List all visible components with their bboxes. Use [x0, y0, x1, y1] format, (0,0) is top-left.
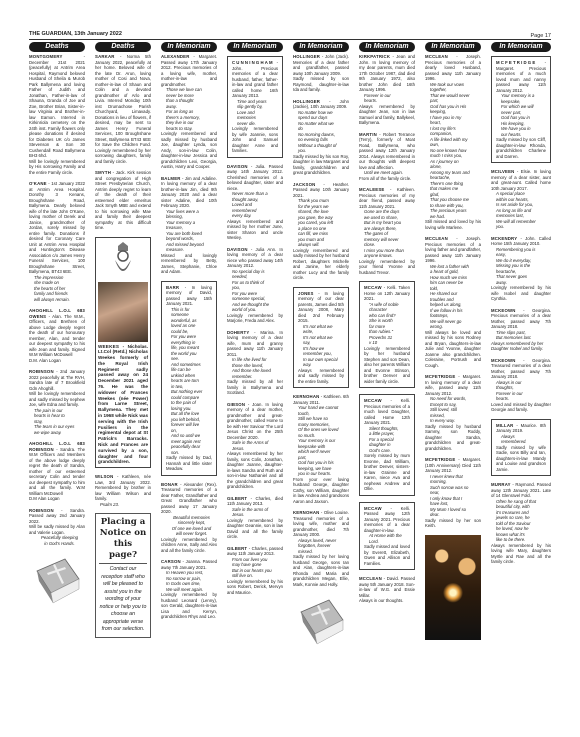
notice-jones: JONES - In loving memory of our dear par…	[293, 287, 349, 389]
column-deaths-1: Deaths MONTGOMERY - December 21st 2021 (…	[29, 42, 85, 609]
notice-wilson: WILSON - Kathleen, née Law, 3rd January …	[95, 474, 151, 507]
portrait-photo	[98, 282, 148, 342]
notice-kernohan-1: KERNOHAN - Kathleen. 6th January 2011.Yo…	[293, 394, 349, 504]
notice-jackson: JACKSON - Heather. Passed away 10th Janu…	[293, 182, 349, 281]
notice-mcilveen: MCILVEEN - Elsie. In loving memory of a …	[491, 169, 551, 230]
bible-cross-icon	[293, 595, 349, 650]
notice-hollinger-2: HOLLINGER - John (Jackie), 10th January …	[293, 99, 349, 176]
column-heading: In Memoriam	[359, 42, 415, 52]
column-heading: In Memoriam	[491, 42, 551, 52]
notice-balmer: BALMER - Jim and Adaline. In loving memo…	[161, 176, 217, 275]
notice-mccaw-3: MCCAW - Kelli. Passed away 12th January …	[359, 502, 415, 571]
page-number: Page 17	[531, 33, 552, 39]
notice-mcfetridge-c: MCFETRIDGE - Margaret. Precious memories…	[491, 56, 551, 163]
notice-mckeown-1: MCKEOWN - Georgina. Precious memories of…	[491, 308, 551, 352]
column-memoriam-4: In Memoriam KIRKPATRICK - Jean and John.…	[359, 42, 415, 610]
notice-martin: MARTIN - Robert Terrance (Terry), former…	[359, 132, 415, 182]
column-heading: In Memoriam	[425, 42, 481, 52]
column-heading: In Memoriam	[293, 42, 349, 52]
column-heading: Deaths	[29, 42, 85, 52]
column-heading: In Memoriam	[161, 42, 217, 52]
notice-kirkpatrick: KIRKPATRICK - Jean and John. In loving m…	[359, 54, 415, 126]
notice-gilbert-2: GILBERT - Charles, passed away 11th Janu…	[227, 546, 283, 596]
notice-okane: O'KANE - 1st January 2022 at Antrim Area…	[29, 181, 85, 302]
publication-title: THE GUARDIAN, 13th January 2022	[29, 31, 122, 37]
column-memoriam-2: In Memoriam CUNNINGHAM - John. Precious …	[227, 42, 283, 601]
royal-irish-regiment-crest-icon	[98, 240, 148, 280]
column-heading: In Memoriam	[227, 42, 283, 52]
notice-mccaw-2: MCCAW - Kelli. Precious memories of a mu…	[359, 394, 415, 496]
notice-robinson-3: ROBINSON - Sandra. Passed away 2nd Janua…	[29, 508, 85, 547]
column-memoriam-5: In Memoriam MCCLEAN - Joseph. Precious m…	[425, 42, 481, 640]
notice-smyth: SMYTH - Jack. Kirk session and congregat…	[95, 170, 151, 231]
notice-murray: MURRAY - Raymond. Passed away 12th Janua…	[491, 482, 551, 565]
column-memoriam-6: In Memoriam MCFETRIDGE - Margaret. Preci…	[491, 42, 551, 571]
notice-sarkar: SARKAR - Norma 5th January 2022, peacefu…	[95, 54, 151, 164]
notice-gibson: GIBSON - Joan. In loving memory of a dea…	[227, 402, 283, 490]
notice-mcaleese: MCALEESE - Kathleen. Precious memories o…	[359, 187, 415, 275]
notice-mcclean-2: MCCLEAN - Joseph. Precious memories of a…	[425, 236, 481, 368]
notice-montgomery: MONTGOMERY - December 21st 2021 (peacefu…	[29, 54, 85, 175]
column-heading: Deaths	[95, 42, 151, 52]
notice-cunningham: CUNNINGHAM - John. Precious memories of …	[227, 56, 283, 158]
notice-bonar: BONAR - Alexander (Rex). Treasured memor…	[161, 482, 217, 554]
notice-mcfetridge-b: MCFETRIDGE - Margaret. (10th Anniversary…	[425, 457, 481, 529]
notice-hollinger-1: HOLLINGER - John (Jack). Memories of a d…	[293, 54, 349, 93]
notice-robinson-2: AHOGHILL L.O.L 683 ROBINSON - Sandra. Th…	[29, 441, 85, 502]
notice-alexander: ALEXANDER - Margaret. Passed away 17th J…	[161, 54, 217, 170]
notice-mcfetridge-a: MCFETRIDGE - Margaret. In loving memory …	[425, 374, 481, 451]
notice-mcclean-david: MCCLEAN - David. Passed away 5th January…	[359, 576, 415, 604]
bible-cross-icon	[29, 554, 85, 609]
column-memoriam-3: In Memoriam HOLLINGER - John (Jack). Mem…	[293, 42, 349, 650]
notice-mccaw-1: MCCAW - Kelli. Taken Home on 12th Januar…	[359, 281, 415, 388]
notice-mckeown-2: MCKEOWN - Georgina. Treasured memories o…	[491, 358, 551, 413]
notice-mckendry: MCKENDRY - John. Called Home 15th Januar…	[491, 236, 551, 302]
notice-mcclean-1: MCCLEAN - Joseph. Precious memories of a…	[425, 54, 481, 230]
notice-robinson-1: ROBINSON - 2nd January 2022 peacefully a…	[29, 369, 85, 435]
notice-weekes: WEEKES - Nicholas. Lt.Col (Retd.) Nichol…	[95, 237, 151, 469]
placing-notice-advert: Placing a Notice on this page? Contact o…	[95, 513, 151, 638]
notice-davison-1: DAVISON - Julia. Passed away 14th Januar…	[227, 164, 283, 241]
notice-carson: CARSON - Joanna. Passed away 7th January…	[161, 559, 217, 620]
notice-davison-2: DAVISON - Julia Ann. In loving memory of…	[227, 247, 283, 324]
candle-photo	[425, 535, 481, 640]
notice-gilbert-1: GILBERT - Charles, died 11th January 201…	[227, 496, 283, 540]
page-header: THE GUARDIAN, 13th January 2022 Page 17	[29, 30, 551, 40]
notice-millar: MILLAR - Maurice. 8th January 2019.Alway…	[491, 419, 551, 477]
notice-owens: AHOGHILL L.O.L 683 OWENS - Alan. The W.M…	[29, 308, 85, 363]
column-memoriam-1: In Memoriam ALEXANDER - Margaret. Passed…	[161, 42, 217, 626]
notice-kernohan-2: KERNOHAN - Olive Louise. Treasured memor…	[293, 510, 349, 587]
notice-barr: BARR - In loving memory of David, passed…	[161, 281, 217, 476]
column-deaths-2: Deaths SARKAR - Norma 5th January 2022, …	[95, 42, 151, 638]
notice-doherty: DOHERTY - Marina. In loving memory of a …	[227, 330, 283, 396]
